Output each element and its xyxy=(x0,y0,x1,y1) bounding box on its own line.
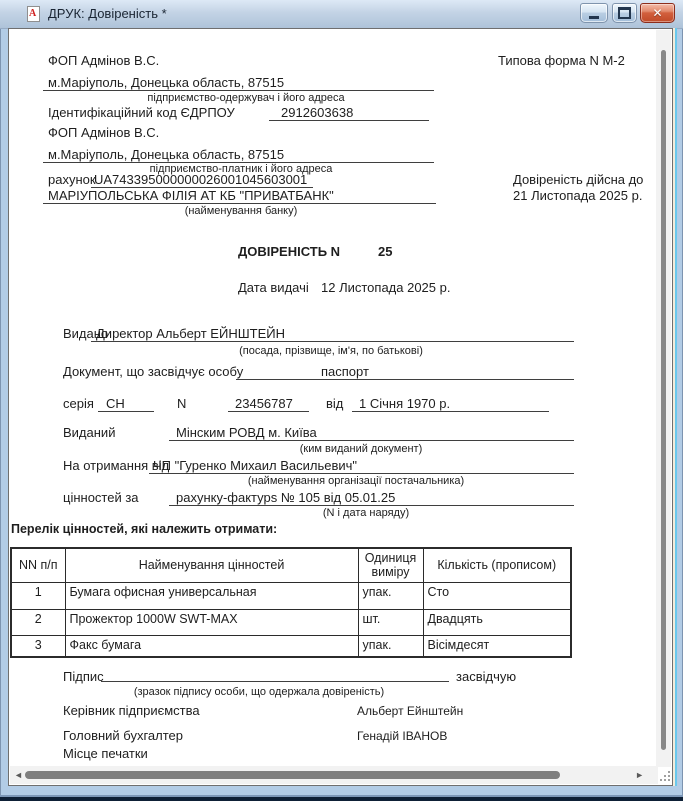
cell-unit: упак. xyxy=(358,635,423,657)
signature-label: Підпис xyxy=(63,669,104,684)
receiver-address: м.Маріуполь, Донецька область, 87515 xyxy=(48,75,284,90)
close-button[interactable]: ✕ xyxy=(640,3,675,23)
list-caption: Перелік цінностей, які належить отримати… xyxy=(11,522,277,537)
payer-name: ФОП Адмінов В.С. xyxy=(48,125,159,140)
issuedby-label: Виданий xyxy=(63,425,115,440)
col-header-num: NN п/п xyxy=(11,548,65,582)
doc-number: 25 xyxy=(378,244,392,259)
number-label: N xyxy=(177,396,186,411)
underline xyxy=(269,120,429,121)
issued-caption: (посада, прізвище, ім'я, по батькові) xyxy=(201,345,461,357)
receiver-caption: підприємство-одержувач і його адреса xyxy=(101,92,391,104)
issuedby-caption: (ким виданий документ) xyxy=(231,443,491,455)
iddoc-label: Документ, що засвідчує особу xyxy=(63,364,243,379)
underline xyxy=(352,411,549,412)
vertical-scrollbar[interactable] xyxy=(656,30,671,767)
resize-grip[interactable] xyxy=(664,775,666,777)
app-icon: A xyxy=(27,6,40,22)
cell-name: Прожектор 1000W SWT-MAX xyxy=(65,609,358,635)
table-header-row: NN п/п Найменування цінностей Одиниця ви… xyxy=(11,548,571,582)
window-title: ДРУК: Довіреність * xyxy=(48,6,167,21)
horizontal-scrollbar-thumb[interactable] xyxy=(25,771,560,779)
cell-num: 1 xyxy=(11,582,65,609)
cell-name: Факс бумага xyxy=(65,635,358,657)
from-label: від xyxy=(326,396,343,411)
frame-edge-accent xyxy=(675,28,677,786)
underline xyxy=(43,90,434,91)
minimize-button[interactable] xyxy=(580,3,608,23)
minimize-icon xyxy=(589,16,599,19)
valid-until-date: 21 Листопада 2025 р. xyxy=(513,188,642,203)
order-value: рахунку-фактурs № 105 від 05.01.25 xyxy=(176,490,395,505)
underline xyxy=(169,440,574,441)
series-label: серія xyxy=(63,396,94,411)
col-header-name: Найменування цінностей xyxy=(65,548,358,582)
bank-caption: (найменування банку) xyxy=(101,205,381,217)
underline xyxy=(91,341,574,342)
number-value: 23456787 xyxy=(235,396,293,411)
order-label: цінностей за xyxy=(63,490,139,505)
cell-num: 3 xyxy=(11,635,65,657)
series-value: СН xyxy=(106,396,125,411)
underline xyxy=(101,681,449,682)
accountant-name: Генадій ІВАНОВ xyxy=(357,729,447,743)
edrpou-label: Ідентифікаційний код ЄДРПОУ xyxy=(48,105,235,120)
table-row: 2 Прожектор 1000W SWT-MAX шт. Двадцять xyxy=(11,609,571,635)
cell-unit: упак. xyxy=(358,582,423,609)
cell-qty: Сто xyxy=(423,582,571,609)
maximize-icon xyxy=(618,7,631,19)
cell-qty: Вісімдесят xyxy=(423,635,571,657)
edrpou-value: 2912603638 xyxy=(281,105,353,120)
valid-until-label: Довіреність дійсна до xyxy=(513,172,643,187)
underline xyxy=(169,505,574,506)
scroll-left-arrow-icon[interactable]: ◄ xyxy=(14,769,23,781)
frame-bottom-edge xyxy=(0,797,683,801)
issued-value: Директор Альберт ЕЙНШТЕЙН xyxy=(96,326,285,341)
col-header-qty: Кількість (прописом) xyxy=(423,548,571,582)
underline xyxy=(236,379,574,380)
supplier-caption: (найменування організації постачальника) xyxy=(221,475,491,487)
maximize-button[interactable] xyxy=(612,3,637,23)
issue-date: 12 Листопада 2025 р. xyxy=(321,280,450,295)
table-row: 1 Бумага офисная универсальная упак. Сто xyxy=(11,582,571,609)
cell-num: 2 xyxy=(11,609,65,635)
cell-qty: Двадцять xyxy=(423,609,571,635)
certify-label: засвідчую xyxy=(456,669,516,684)
stamp-label: Місце печатки xyxy=(63,746,148,761)
doc-title: ДОВІРЕНІСТЬ N xyxy=(238,244,340,259)
cell-unit: шт. xyxy=(358,609,423,635)
accountant-label: Головний бухгалтер xyxy=(63,728,183,743)
supplier-value: ЧП "Гуренко Михаил Васильевич" xyxy=(153,458,357,473)
cell-name: Бумага офисная универсальная xyxy=(65,582,358,609)
iddoc-value: паспорт xyxy=(321,364,369,379)
underline xyxy=(149,473,574,474)
payer-address: м.Маріуполь, Донецька область, 87515 xyxy=(48,147,284,162)
scroll-right-arrow-icon[interactable]: ► xyxy=(635,769,644,781)
account-value: UA743395000000026001045603001 xyxy=(94,172,307,187)
issue-date-label: Дата видачі xyxy=(238,280,309,295)
signature-caption: (зразок підпису особи, що одержала довір… xyxy=(109,686,409,698)
order-caption: (N і дата наряду) xyxy=(251,507,481,519)
id-date-value: 1 Січня 1970 р. xyxy=(359,396,450,411)
director-label: Керівник підприємства xyxy=(63,703,200,718)
document-preview-area: ФОП Адмінов В.С. Типова форма N М-2 м.Ма… xyxy=(8,28,673,786)
form-label: Типова форма N М-2 xyxy=(498,53,625,68)
receiver-name: ФОП Адмінов В.С. xyxy=(48,53,159,68)
underline xyxy=(228,411,309,412)
director-name: Альберт Ейнштейн xyxy=(357,704,463,718)
bank-name: МАРІУПОЛЬСЬКА ФІЛІЯ АТ КБ "ПРИВАТБАНК" xyxy=(48,188,334,203)
account-label: рахунок xyxy=(48,172,96,187)
title-bar[interactable]: A ДРУК: Довіреність * ✕ xyxy=(0,0,683,29)
horizontal-scrollbar[interactable]: ◄ ► xyxy=(10,766,658,784)
values-table: NN п/п Найменування цінностей Одиниця ви… xyxy=(10,547,572,658)
vertical-scrollbar-thumb[interactable] xyxy=(661,50,666,750)
app-icon-letter: A xyxy=(29,8,36,20)
underline xyxy=(98,411,154,412)
table-row: 3 Факс бумага упак. Вісімдесят xyxy=(11,635,571,657)
close-icon: ✕ xyxy=(652,4,662,22)
issuedby-value: Мінским РОВД м. Київа xyxy=(176,425,317,440)
col-header-unit: Одиниця виміру xyxy=(358,548,423,582)
underline xyxy=(43,203,436,204)
app-window: A ДРУК: Довіреність * ✕ ФОП Адмінов В.С.… xyxy=(0,0,683,801)
